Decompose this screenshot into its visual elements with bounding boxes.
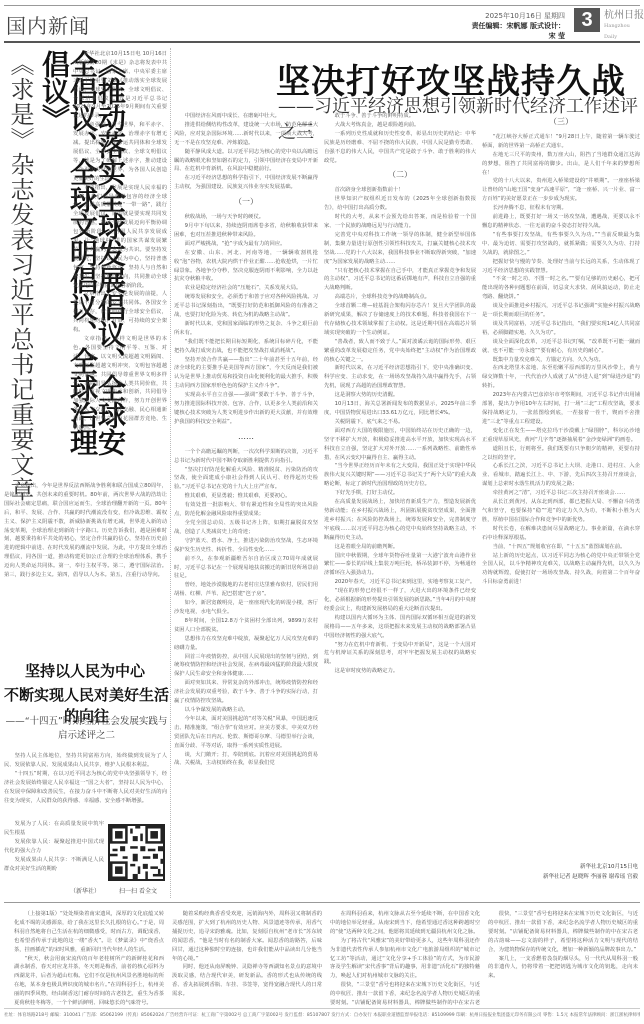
qr-code[interactable] — [108, 824, 165, 881]
article3-paragraph: 这是审时度势的战略定力。 — [324, 667, 476, 676]
article3-paragraph: 统筹发展和安全，必须勇于和善于应对各种风险挑战。习近平总书记深刻指出，“既要打好… — [174, 293, 318, 320]
qr-caption: 扫一扫 看全文 — [108, 886, 168, 895]
article3-paragraph: 把握好快与慢的节奏、处理好当前与长远的关系，生动体现了习近平经济思想的实践智慧。 — [482, 258, 640, 276]
article3-paragraph: 长河奔腾不息，征程未有穷期。 — [482, 204, 640, 213]
article4-paragraph: 同时，他还从南屏晚钟、灵隐禅寺等西湖知名景点的意境中汲取灵感，结合现代审美，研发… — [172, 963, 322, 999]
article3-paragraph: 秋收战场，一场与天争时的硬仗。 — [174, 213, 318, 222]
article3-paragraph: 有效处置一批影响大、带有紧迫性和全局性的突出风险点，防范化解金融风险取得重要成果… — [174, 501, 318, 519]
page-number-badge: 3 — [574, 8, 600, 32]
article4-column-4: 很快，“三景堂”香号也将迎来在宋城下历史文化街区，与近的中杭匠、推出一款留下香，… — [488, 910, 638, 1006]
newspaper-logo: 杭州日报 Hangzhou Daily — [604, 10, 644, 43]
article4-paragraph: 为了将古代“风雅宋”的美好带给更多人，这些年周科羽还作为非遗代表性传承人参加杭州… — [330, 937, 480, 982]
ellipsis-divider: …… — [174, 433, 318, 442]
page-header: 国内新闻 2025年10月16日 星期四 责任编辑：宋帆娜 版式设计：宋 莹 3… — [0, 0, 644, 44]
article3-paragraph: “有些事要打攻坚战，有些事要久久为功。”“当前反映最为集中、最为迫切、需要打攻坚… — [482, 231, 640, 258]
page-footer: 社址：体育场路218号 邮编：310041 广告部：85062199（传真）85… — [4, 1008, 640, 1018]
article4-paragraph: 很快，“三景堂”香号也将迎来在宋城下历史文化街区，与近的中杭匠、推出一款留下香，… — [488, 910, 638, 955]
article4-column-3: 在周科羽看来，杭州文脉从古至今延续不断，在中国香文化中的地位举足轻重。从南宋到当… — [330, 910, 480, 1006]
article3-paragraph: 全党全国总动员、五级书记齐上阵，如期打赢脱贫攻坚战，创造了人类减贫史上的奇迹； — [174, 519, 318, 537]
article3-paragraph: 10月13日，海关总署新闻发布的数据显示，2025年前三季度，中国货物贸易进出口… — [324, 400, 476, 418]
article2-paragraph: 坚持人民主体地位，坚持共同富裕方向，始终做到发展为了人民、发展依靠人民、发展成果… — [4, 752, 167, 770]
article3-dateline: 新华社北京10月15日电 — [482, 862, 638, 870]
article3-paragraph: 首次跻身全球创新指数前十！ — [324, 186, 476, 195]
article4-paragraph: （上接第1版）“处处频染着南宋遗风，深厚的文化底蕴又转化成不竭的灵感源泉，给了我… — [14, 910, 164, 955]
article3-paragraph: 在安徽、山东、河北、河南等地，一辆辆收割机抢收“泡”谷物，农机大院内烘干作业正酣… — [174, 249, 318, 285]
article3-paragraph: 当前，“十四五”规划收官在即，“十五五”蓝图谋划在前。 — [482, 543, 640, 552]
article1-paragraph: 文章指出，今年是世界反法西斯战争胜利和联合国成立80周年，是铭记历史、共创未来的… — [4, 482, 167, 580]
article3-paragraph: 新时代以来，在习近平经济思想指引下，党中央准确识变、科学应变、主动求变，在一场场… — [324, 364, 476, 391]
article3-paragraph: “花江峡谷大桥正式通车！”9月28日上午，随着第一辆车驶过桥面，新的世界第一高桥… — [482, 133, 640, 151]
article3-column-1: 中国经济在风雨中成长、在磨砺中壮大。 推进供给侧结构性改革，建设统一大市场，防范… — [174, 112, 318, 898]
article2-column-subheads: 发展为了人民：在高质量发展中筑牢民生根基 发展依靠人民：凝聚起推进中国式现代化的… — [4, 820, 104, 884]
article3-paragraph: 惟其艰难，更显勇毅；惟其艰难，更要初心。 — [174, 492, 318, 501]
article3-paragraph: “当今世界正经历百年未有之大变局，我国正处于实现中华民族伟大复兴关键时期”——习… — [324, 462, 476, 489]
article3-paragraph: 谈，大门敞开；打，奉陪到底。沉着应对美国挑起的贸易战、关税战，主动权始终在我，彰… — [174, 751, 318, 769]
article4-paragraph: 在周科羽看来，杭州文脉从古至今延续不断，在中国香文化中的地位举足轻重。从南宋到当… — [330, 910, 480, 937]
article3-paragraph: 党的十八大以来，贵州进入桥梁建设的“井喷期”。一座座桥梁让曾经的“山地王国”变身… — [482, 177, 640, 204]
column-divider — [170, 48, 171, 898]
article3-paragraph: 大战大考炼真金，越是艰险越向前。 — [324, 121, 476, 130]
article3-paragraph: 推进供给侧结构性改革，建设统一大市场，防范化解重大风险，应对复杂国际环境……新时… — [174, 121, 318, 148]
article4-paragraph: “秋天，秋会用南宋流传的百年老桂树所产的新鲜桂花和西湖水制香，春天对应龙井茶，冬… — [14, 955, 164, 1006]
article3-paragraph: 敢于斗争、善于斗争的鲜明特质。 — [324, 112, 476, 121]
article4-column-1: （上接第1版）“处处频染着南宋遗风，深厚的文化底蕴又转化成不竭的灵感源泉，给了我… — [14, 910, 164, 1006]
article3-paragraph: 在高质量发展战场上，加快培育新质生产力，塑造发展新优势新动能；在乡村振兴战场上，… — [324, 498, 476, 543]
article3-paragraph: 以斗争谋发展的战略主动。 — [174, 706, 318, 715]
section-title: 国内新闻 — [6, 10, 90, 39]
article3-paragraph: 谈及全面推进乡村振兴，习近平总书记强调“实施乡村振兴战略是一项长期而艰巨的任务”… — [482, 302, 640, 320]
section-number-2: （二） — [324, 171, 476, 180]
article3-paragraph: “不贪一时之功、不图一时之名。”“要有足够的历史耐心，把可能出现的各种问题想在前… — [482, 275, 640, 302]
article3-paragraph: 牵挂黄河之“清”，习近平总书记三次主持召开座谈会…… — [482, 489, 640, 498]
article3-paragraph: 2020年春天，习近平总书记来到这里，实地考察复工复产。 — [324, 578, 476, 587]
section-number-1: （一） — [174, 198, 318, 207]
newspaper-page: 国内新闻 2025年10月16日 星期四 责任编辑：宋帆娜 版式设计：宋 莹 3… — [0, 0, 644, 1024]
article3-paragraph: 国庆中秋假期，全球年货物吞吐量第一大港宁波舟山港作业繁忙——泰长的岸线上集装万吨… — [324, 552, 476, 579]
section-separator — [4, 902, 640, 903]
article3-paragraph: 如今，新居宽敞明亮，是一座座现代化的砖混小楼，客厅沙发电视，水电气俱全。 — [174, 599, 318, 617]
header-bottom-rule — [4, 41, 640, 43]
article3-paragraph: 2023年在内蒙古巴彦淖尔市考察期间，习近平总书记作出用铺部署，提出力争用10年… — [482, 391, 640, 427]
article3-paragraph: 世界知识产权组织近日发布的《2025年全球创新指数报告》，给中国打出高质分数。 — [324, 195, 476, 213]
article3-paragraph: 在西北塔里木盆地、东至松嫩平原西部的万里风沙带上，黄与绿交锋数十年，一代代治沙人… — [482, 364, 640, 391]
article3-paragraph: 这是洞察大势的历史清醒。 — [324, 391, 476, 400]
article3-column-3: （三） “花江峡谷大桥正式通车！”9月28日上午，随着第一辆车驶过桥面，新的世界… — [482, 112, 640, 860]
article1-paragraph: 文章指出，多样文明是世界的本色。各国要坚持文明平等、互鉴、对话、包容，以文明交流… — [73, 335, 167, 433]
article1-paragraph: 文章强调，当今世界，和平赤字、发展赤字、安全赤字、治理赤字有增无减。提出构建人类… — [73, 121, 167, 183]
article2-headline-line1: 坚持以人民为中心 — [0, 660, 170, 681]
article3-paragraph: “坚决打好防范化解重大风险、精准脱贫、污染防治的攻坚战，使全面建成小康社会得到人… — [174, 466, 318, 493]
article4-column-2: 随着采购经典香香受欢迎，远销海内外，周科羽又将制香的灵感范围，扩大到了杭州的历史… — [172, 910, 322, 1006]
article3-column-2: 敢于斗争、善于斗争的鲜明特质。 大战大考炼真金，越是艰险越向前。 一系列历史性成… — [324, 112, 476, 898]
header-top-rule — [4, 5, 640, 6]
article3-paragraph: 在地无三尺平的贵州，数万座大山，阻挡了当地群众通江达海的梦想，阻挡了共同富裕的脚… — [482, 151, 640, 178]
logo-en: Hangzhou Daily — [604, 21, 644, 43]
article3-paragraph: 8年时间，全国12.8万个贫困村全部出列，9899万农村贫困人口全部脱贫。 — [174, 617, 318, 635]
article4-paragraph: 随着采购经典香香受欢迎，远销海内外，周科羽又将制香的灵感范围，扩大到了杭州的历史… — [172, 910, 322, 963]
article3-reporters: 新华社记者 赵晓辉 李丽蓉 谢希瑶 宫毅 — [482, 872, 638, 880]
article3-paragraph: 新时代以来，党和国家面临的形势之复杂、斗争之艰巨前所未有。 — [174, 320, 318, 338]
article3-paragraph: 农业是稳定经济社会的“压舱石”，关系发展大局。 — [174, 284, 318, 293]
article2-subhead: 发展依靠人民：凝聚起推进中国式现代化的强大合力 — [4, 838, 104, 856]
article3-paragraph: 这是着眼全局的前瞻判断。 — [324, 543, 476, 552]
article3-paragraph: 构建以国内大循环为主体、国内国际双循环相互促进的新发展格局——五年多来，这项把握… — [324, 614, 476, 641]
article4-paragraph: 案几上，一支香燃着袅袅的烟尽头，另一代代从周科羽一般的非遗传人，仍将带着一把把钥… — [488, 955, 638, 982]
article3-paragraph: 面对西方大国的极限施压，中国始终站在历史正确的一边，坚守不移扩大开放，积极稳妥推… — [324, 427, 476, 463]
article3-paragraph: “现在的形势已经很不一样了，大进大出的环境条件已经变化，必须根据新的形势提出引领… — [324, 587, 476, 614]
article3-paragraph: 下好先手棋，打好主动仗。 — [324, 489, 476, 498]
article3-paragraph: 中国经济在风雨中成长、在磨砺中壮大。 — [174, 112, 318, 121]
article3-paragraph: 时代的大考，从来不会预先给出答案，而是检验着一个国家、一个民族的战略远见与行动能… — [324, 213, 476, 231]
article1-column-bottom: 文章指出，今年是世界反法西斯战争胜利和联合国成立80周年，是铭记历史、共创未来的… — [4, 482, 167, 642]
article3-paragraph: 站上新的历史起点，以习近平同志为核心的党中央正带领全党全国人民，以斗争精神攻克难… — [482, 552, 640, 588]
article3-paragraph: 今年以来，面对美国挑起的“对等关税”风暴，中国迅速反击、精准施策，“组合拳”有效… — [174, 715, 318, 751]
article3-paragraph: 曾经，地处沙漠腹地的古老村庄达里雅布依村，居民们用胡杨、红柳、芦苇、泥巴搭建“笆… — [174, 581, 318, 599]
article3-paragraph: 前进路上，既要打好一场又一场攻坚战，遭遇战，更要以永不懈怠的精神状态、一往无前的… — [482, 213, 640, 231]
article2-column: 坚持人民主体地位，坚持共同富裕方向，始终做到发展为了人民、发展依靠人民、发展成果… — [4, 752, 167, 820]
article2-subhead: 发展为了人民：在高质量发展中筑牢民生根基 — [4, 820, 104, 838]
article3-paragraph: 谈及全面深化改革，习近平总书记叮嘱，“改革既不可能一蹴而就、也不可能一劳永逸”“… — [482, 338, 640, 356]
article3-paragraph: “只有把核心技术掌握在自己手中，才能真正掌握竞争和发展的主动权”，习近平总书记的… — [324, 267, 476, 294]
logo-cn: 杭州日报 — [604, 10, 644, 21]
article3-paragraph: 时代长卷，在解难决患间尽显战略定力。事业新篇，在滴水穿石中诠释深厚根基。 — [482, 525, 640, 543]
article2-subtitle: ——“十四五”时期经济社会发展实践与启示述评之二 — [4, 713, 169, 741]
article2-byline: （新华社） — [15, 886, 100, 895]
article2-subhead: 发展成果由人民共享：不断满足人民群众对美好生活的期盼 — [4, 856, 104, 874]
article3-paragraph: 守护蓝天、碧水、净土，推进污染防治攻坚战，生态环境保护发生历史性、转折性、全局性… — [174, 537, 318, 555]
article1-column-top: 新华社北京10月15日电 10月16日出版的第20期《求是》杂志将发表中共中央总… — [73, 50, 167, 475]
article1-paragraph: 文章指出，安全是发展的前提，人类是不可分割的安全共同体。各国安全相互依存，应全面… — [73, 290, 167, 335]
article3-paragraph: “善战者，致人而不致于人。”面对波谲云诡的国际形势、艰巨繁重的改革发展稳定任务，… — [324, 338, 476, 365]
article3-paragraph: 前不久，在参观新疆维吾尔自治区成立70周年成就展时，习近平总书记在一个展现易地扶… — [174, 555, 318, 582]
article3-paragraph: 完善党中央对科技工作统一领导的体制，健全新型举国体制，集聚力量进行原创性引领性科… — [324, 231, 476, 267]
issue-date: 2025年10月16日 星期四 — [470, 11, 565, 21]
section-number-3: （三） — [482, 118, 640, 127]
header-meta: 2025年10月16日 星期四 责任编辑：宋帆娜 版式设计：宋 莹 — [470, 11, 565, 41]
article3-paragraph: 回首三年疫情防控，从中国人民展现出的坚韧与团结，到统筹疫情防控和经济社会发展，在… — [174, 653, 318, 680]
article3-paragraph: 面对突如其来、异常复杂的外部冲击，统筹疫情防控和经济社会发展的双重考验，敢于斗争… — [174, 679, 318, 706]
article3-paragraph: 坚持开放合作共赢——指出“二十年前甚至十五年前，经济全球化的主要推手是美国等西方… — [174, 356, 318, 392]
article3-paragraph: 实现高水平自立自强——强调“要敢于斗争、善于斗争，努力推进国际科技开放、包容、合… — [174, 391, 318, 427]
article4-paragraph: 很快，“三景堂”香号也将迎来在宋城下历史文化街区，与近的中杭匠、推出一款留下香，… — [330, 981, 480, 1006]
article2-paragraph: “十四五”时期，在以习近平同志为核心的党中央坚强领导下，经济社会发展始终锚定人民… — [4, 770, 167, 806]
article3-paragraph: “我们既不能把长期目标短期化，系统目标碎片化，不能把持久战打成突击战，也不能把攻… — [174, 338, 318, 356]
qr-code-icon — [110, 826, 163, 879]
article3-paragraph: 心系长江之滨，习近平总书记上大坝、走港口、进村庄、入企业、看城市，踏遍长江上、中… — [482, 462, 640, 489]
article3-paragraph: 道阻且长，行则将至。我们既要有只争朝夕的精神，更要有持之以恒的坚守。 — [482, 445, 640, 463]
article1-paragraph: 新华社北京10月15日电 10月16日出版的第20期《求是》杂志将发表中共中央总… — [73, 50, 167, 121]
article3-paragraph: 谈及共同富裕，习近平总书记指出，“我们要实现14亿人共同富裕，必须脚踏实地、久久… — [482, 320, 640, 338]
article3-paragraph: 面对严峻挑战，“抢”字成为最有力的回应。 — [174, 240, 318, 249]
article3-paragraph: 一个个高瞻远瞩的判断，一次次科学果断的决策，习近平总书记为新时代中国不断夺取新胜… — [174, 448, 318, 466]
article3-paragraph: 关税阴霾下，底气来之不易。 — [324, 418, 476, 427]
article3-paragraph: 全球首颗二维—硅基混合架构闪存芯片！复旦大学团队的最新研究成果，解决了存储速度上… — [324, 302, 476, 338]
article3-paragraph: 既集中力量攻克难关，方锚定方向、久久为功。 — [482, 356, 640, 365]
article3-paragraph: 随平静风成大道。以习近平同志为核心的党中央以高瞻远瞩的战略眼光和坚如磐石的定力，… — [174, 148, 318, 175]
article3-paragraph: 变化正在发生——塔克拉玛干沙漠戴上“绿围脖”，科尔沁沙地正重现草原风光，黄河“几… — [482, 427, 640, 445]
article3-paragraph: 9月中下旬以来，持续连阴雨席卷多省，给秋粮收获带来困难，也对压茬推进秋种带来风险… — [174, 222, 318, 240]
article3-paragraph: 思想伟力在攻坚克难中绽放，凝聚起亿万人民攻坚克难的磅礴力量。 — [174, 635, 318, 653]
article3-paragraph: 从长江到黄河，从东北到西部，都已把握大局、不懈奋斗的勇气和坚守，也要保持“稳”“… — [482, 498, 640, 525]
article1-kicker: 《求是》杂志发表习近平总书记重要文章 — [8, 52, 32, 502]
article1-paragraph: 文章指出，发展是实现人民幸福的关键。我们倡导普惠包容的经济全球化，推进高质量共建… — [73, 184, 167, 291]
article3-paragraph: 在习近平经济思想的科学指引下，中国经济发展不断赢得主动权，为强国建设、民族复兴伟… — [174, 174, 318, 192]
article3-paragraph: “努力在危机中育新机、于变局中开新局”，这是一个大国对危与机辩证关系的深刻思考，… — [324, 641, 476, 668]
editors-credit: 责任编辑：宋帆娜 版式设计：宋 莹 — [470, 21, 565, 41]
article3-paragraph: 一系列历史性成就和历史性变革，彰显出历史的结论：中华民族是历经磨难、不屈不挠的伟… — [324, 130, 476, 166]
article3-paragraph: 高端芯片，全球科技竞争的战略制高点。 — [324, 293, 476, 302]
